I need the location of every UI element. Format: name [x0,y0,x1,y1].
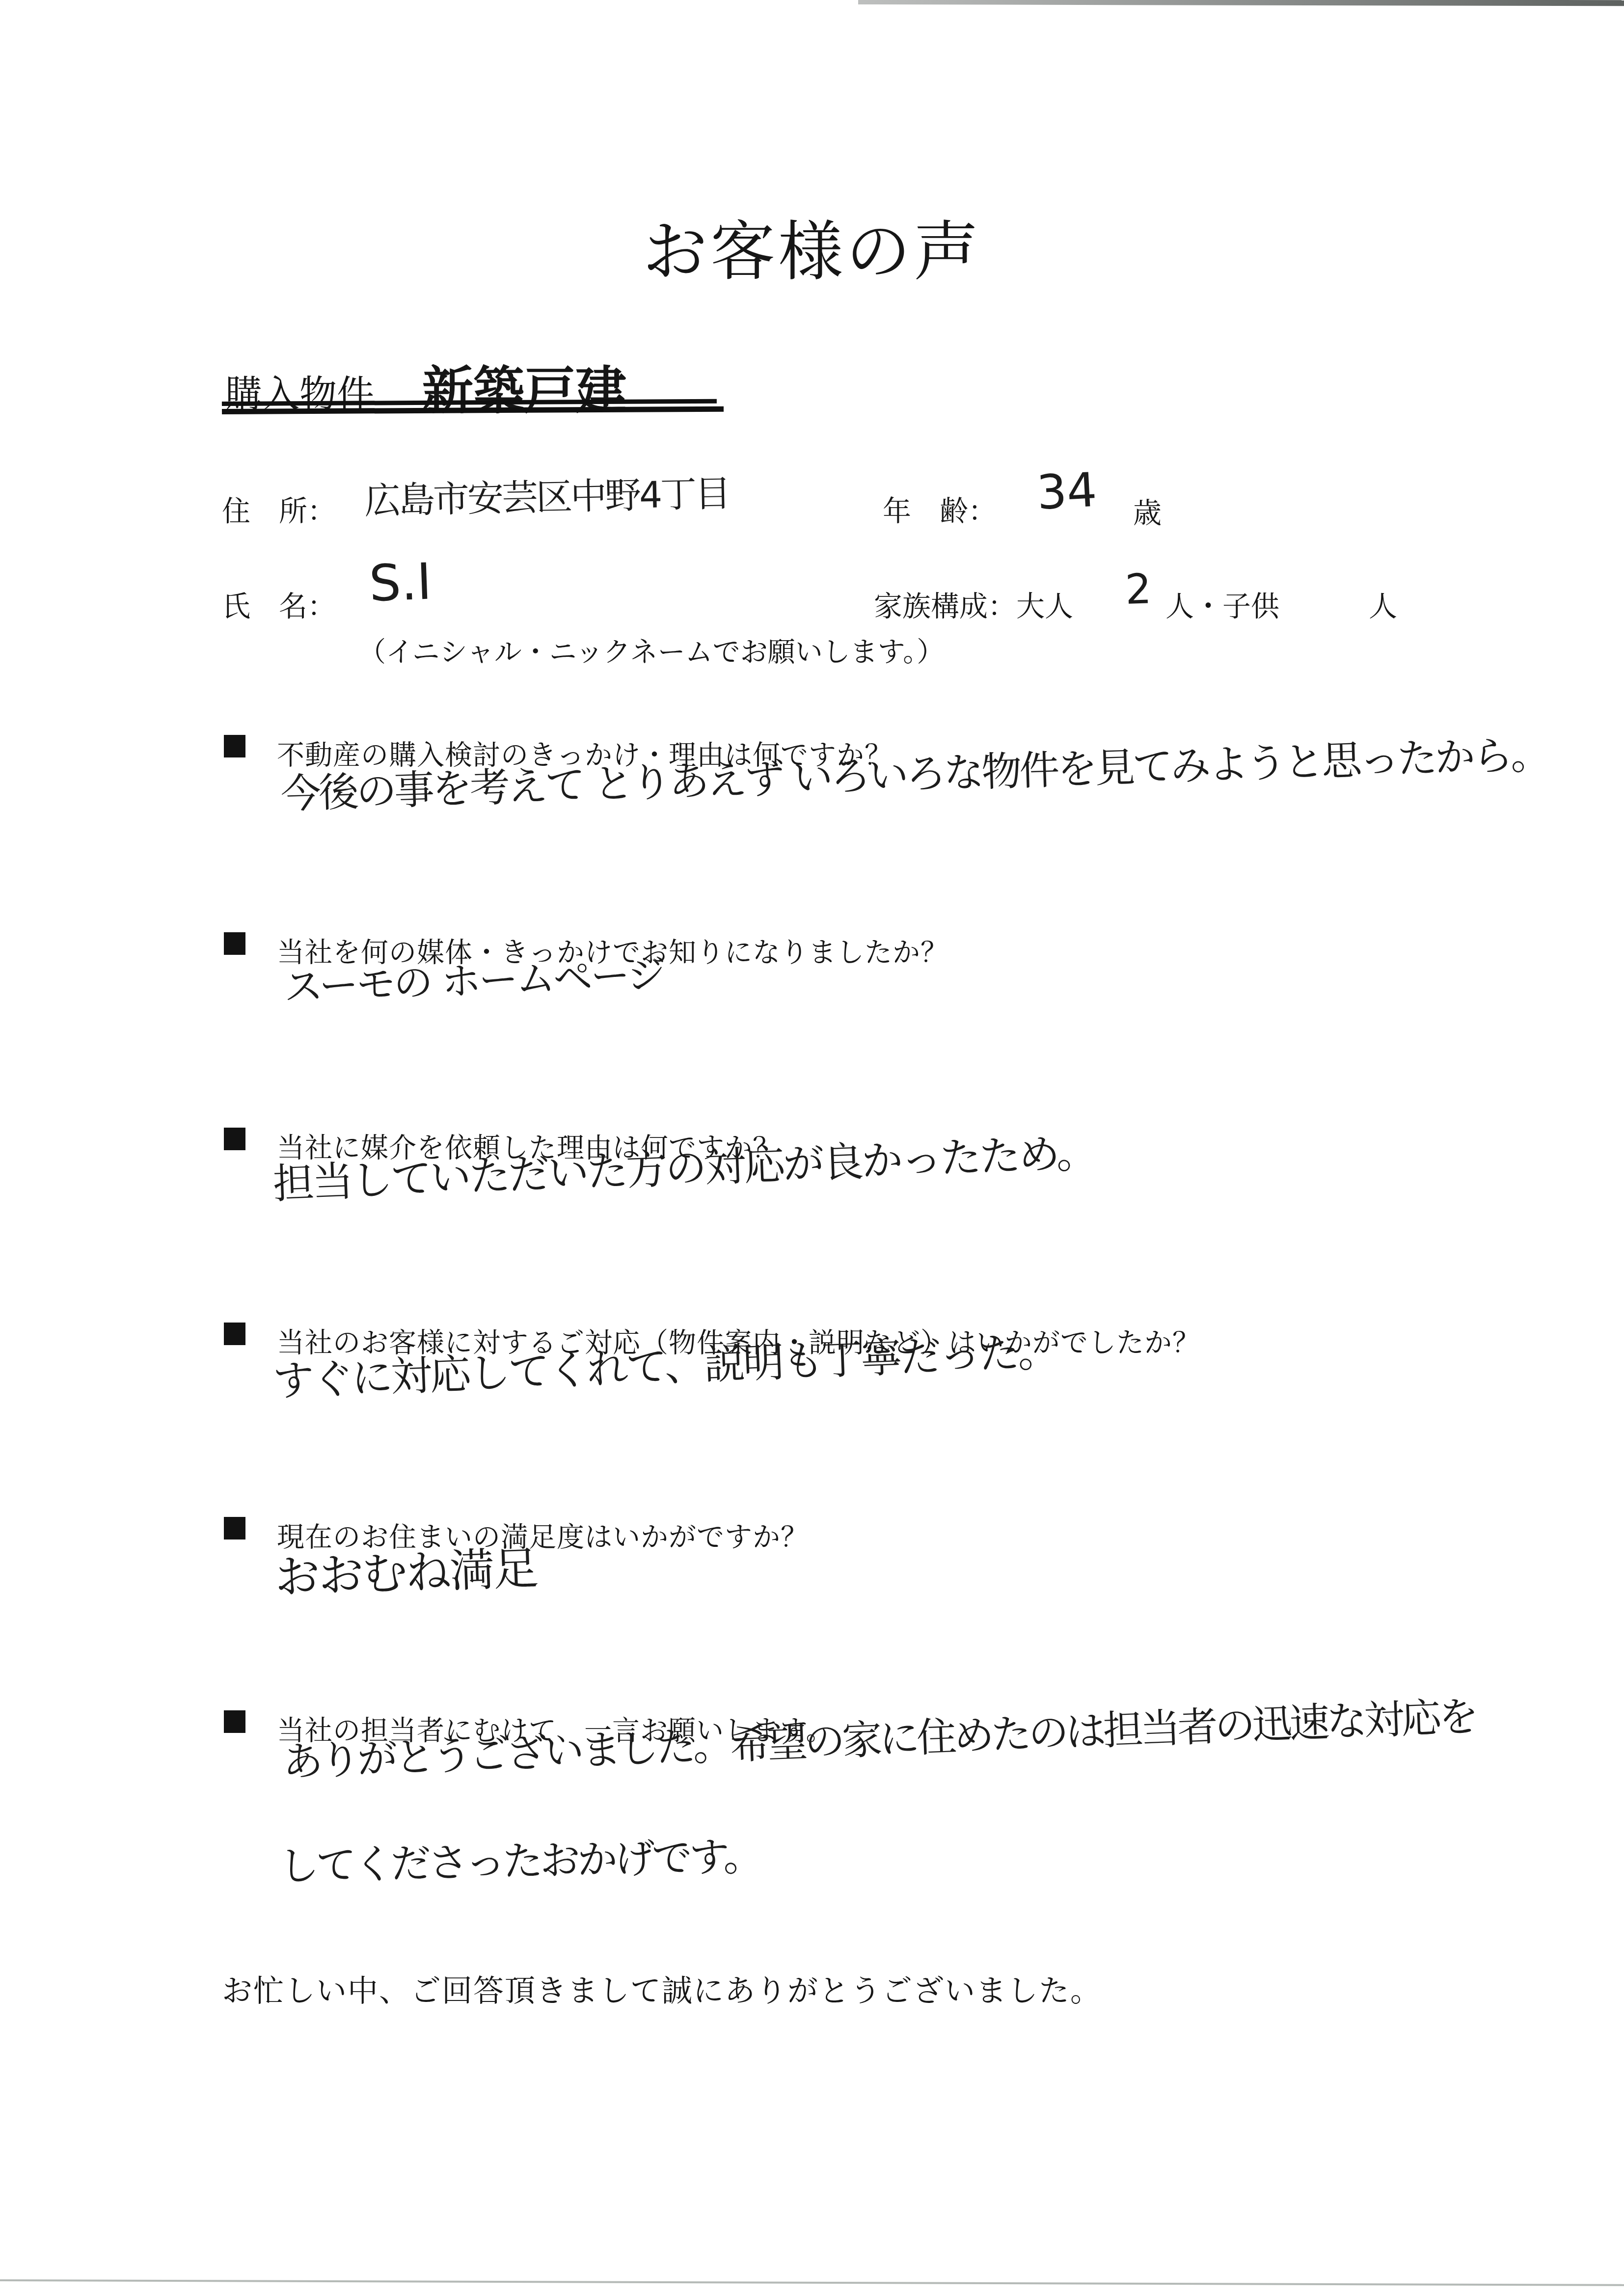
address-label: 住 所： [222,488,336,529]
name-initial-note: （イニシャル・ニックネームでお願いします。） [358,630,944,670]
page-title: お客様の声 [0,199,1624,293]
family-structure-mid-label: 人・子供 [1165,583,1279,624]
customer-voice-survey-sheet: お客様の声 購入物件 新築戸建 住 所： 広島市安芸区中野4丁目 年 齢： 34… [0,0,1624,2296]
family-structure-tail-label: 人 [1369,583,1397,624]
black-square-bullet-icon [224,932,245,955]
age-handwritten-value: 34 [1035,462,1098,520]
age-unit: 歳 [1133,490,1162,531]
name-handwritten-value: S.I [368,553,433,613]
family-adults-handwritten-value: 2 [1124,565,1152,614]
black-square-bullet-icon [224,1710,245,1733]
scan-artifact-bottom-line [0,2279,1624,2286]
answer-5-handwritten: おおむね満足 [274,1540,538,1606]
scan-artifact-top-edge [858,0,1624,6]
black-square-bullet-icon [224,1517,245,1540]
black-square-bullet-icon [224,1323,245,1345]
answer-6-handwritten-line1: ありがとうございました。希望の家に住めたのは担当者の迅速な対応を [282,1692,1477,1788]
double-underline [222,399,717,414]
black-square-bullet-icon [224,735,245,757]
age-label: 年 齢： [883,488,997,529]
black-square-bullet-icon [224,1128,245,1150]
name-label: 氏 名： [222,583,336,624]
answer-6-handwritten-line2: してくださったおかげです。 [278,1832,761,1892]
closing-thanks-text: お忙しい中、ご回答頂きまして誠にありがとうございました。 [222,1967,1102,2010]
family-structure-label: 家族構成：大人 [874,583,1073,624]
address-handwritten-value: 広島市安芸区中野4丁目 [364,464,730,524]
